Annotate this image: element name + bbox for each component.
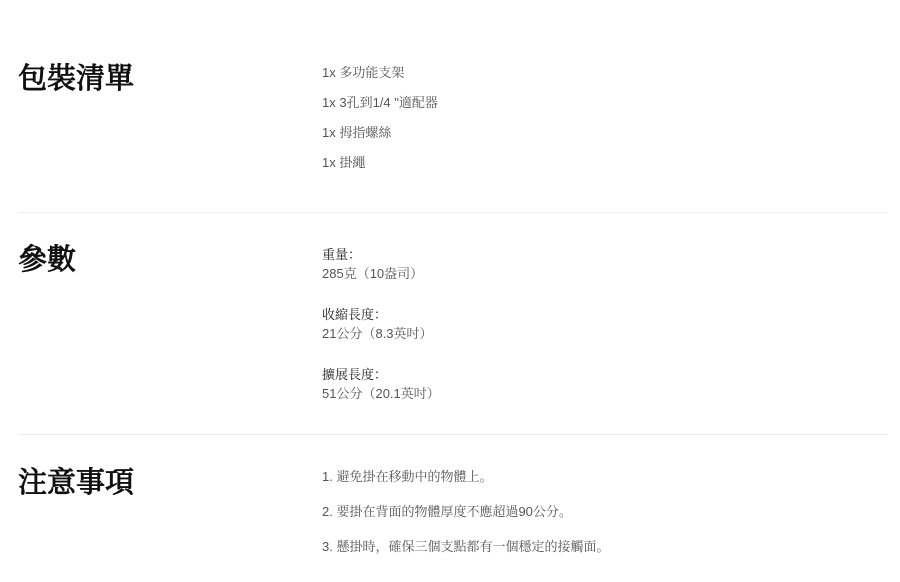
precautions-section: 注意事項 1. 避免掛在移動中的物體上。 2. 要掛在背面的物體厚度不應超過90…	[18, 0, 888, 582]
product-info-page: 包裝清單 1x 多功能支架 1x 3孔到1/4 "適配器 1x 拇指螺絲 1x …	[0, 0, 900, 582]
list-item: 2. 要掛在背面的物體厚度不應超過90公分。	[322, 504, 572, 520]
list-item: 3. 懸掛時，確保三個支點都有一個穩定的接觸面。	[322, 539, 609, 555]
section-title-precautions: 注意事項	[18, 467, 134, 499]
list-item: 1. 避免掛在移動中的物體上。	[322, 469, 492, 485]
